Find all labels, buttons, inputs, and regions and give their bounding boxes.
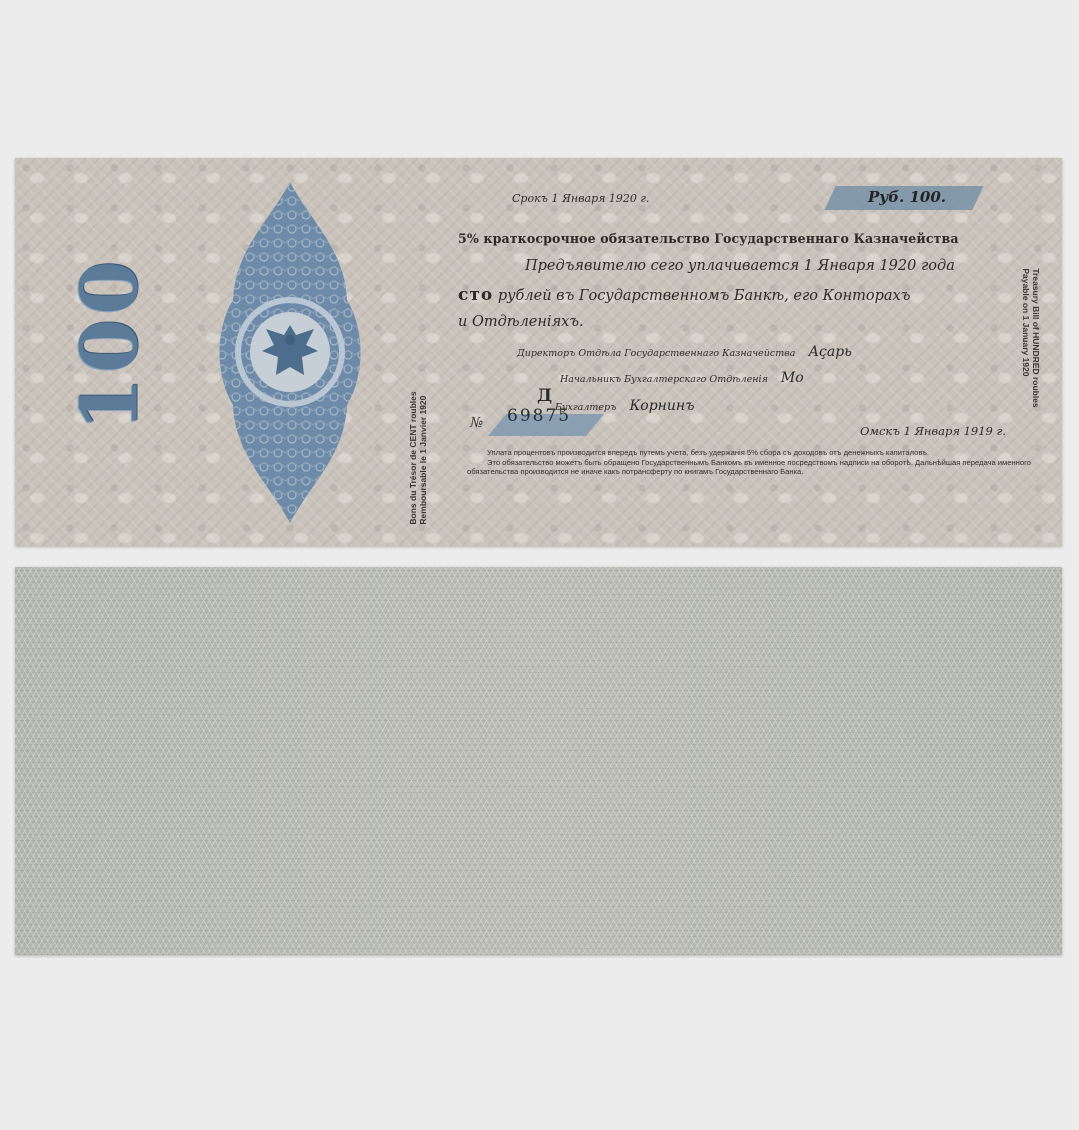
side-text-english: Treasury Bill of HUNDRED roubles Payable… [1021, 268, 1041, 407]
denomination-numeral: 100 [65, 257, 156, 432]
side-text-line: Remboursable le 1 Janvier 1920 [418, 391, 428, 524]
signature-line-director: Директоръ Отдѣла Государственнаго Казнач… [517, 344, 852, 360]
serial-number: 69875 [507, 406, 571, 426]
amount-label: Руб. 100. [847, 188, 967, 206]
signature: Мо [781, 370, 804, 386]
series-letter: Д [537, 386, 552, 406]
signature-line-accounting-head: Начальникъ Бухгалтерскаго Отдѣленія Мо [560, 370, 804, 386]
number-mark: № [470, 415, 483, 431]
banknote-back [15, 567, 1062, 955]
body-line-2-text: рублей въ Государственномъ Банкѣ, его Ко… [498, 288, 911, 304]
banknote-front: 100 Bons du Trésor de CENT roubles Rembo… [15, 158, 1062, 546]
side-text-french: Bons du Trésor de CENT roubles Remboursa… [408, 391, 428, 524]
fine-print-paragraph: Это обязательство можетъ быть обращено Г… [467, 458, 1047, 477]
side-text-line: Payable on 1 January 1920 [1021, 268, 1031, 407]
issue-place-date: Омскъ 1 Января 1919 г. [860, 424, 1006, 438]
body-line-1: Предъявителю сего уплачивается 1 Января … [525, 258, 955, 274]
signature: Аҫарь [808, 344, 851, 360]
fine-print-paragraph: Уплата процентовъ производится впередъ п… [467, 448, 1047, 458]
signature-line-accountant: Бухгалтеръ Корнинъ [555, 398, 694, 414]
maturity-term: Срокъ 1 Января 1920 г. [512, 192, 649, 205]
signature-title: Начальникъ Бухгалтерскаго Отдѣленія [560, 374, 768, 385]
signature-title: Директоръ Отдѣла Государственнаго Казнач… [517, 348, 795, 359]
side-text-line: Bons du Trésor de CENT roubles [408, 391, 418, 524]
body-line-2: сто рублей въ Государственномъ Банкѣ, ег… [458, 285, 910, 305]
ornamental-medallion-eagle-icon [215, 180, 365, 525]
note-heading: 5% краткосрочное обязательство Государст… [458, 231, 959, 246]
amount-words: сто [458, 285, 493, 305]
side-text-line: Treasury Bill of HUNDRED roubles [1031, 268, 1041, 407]
fine-print: Уплата процентовъ производится впередъ п… [467, 448, 1047, 477]
signature: Корнинъ [629, 398, 694, 414]
body-line-3: и Отдѣленіяхъ. [458, 314, 584, 330]
